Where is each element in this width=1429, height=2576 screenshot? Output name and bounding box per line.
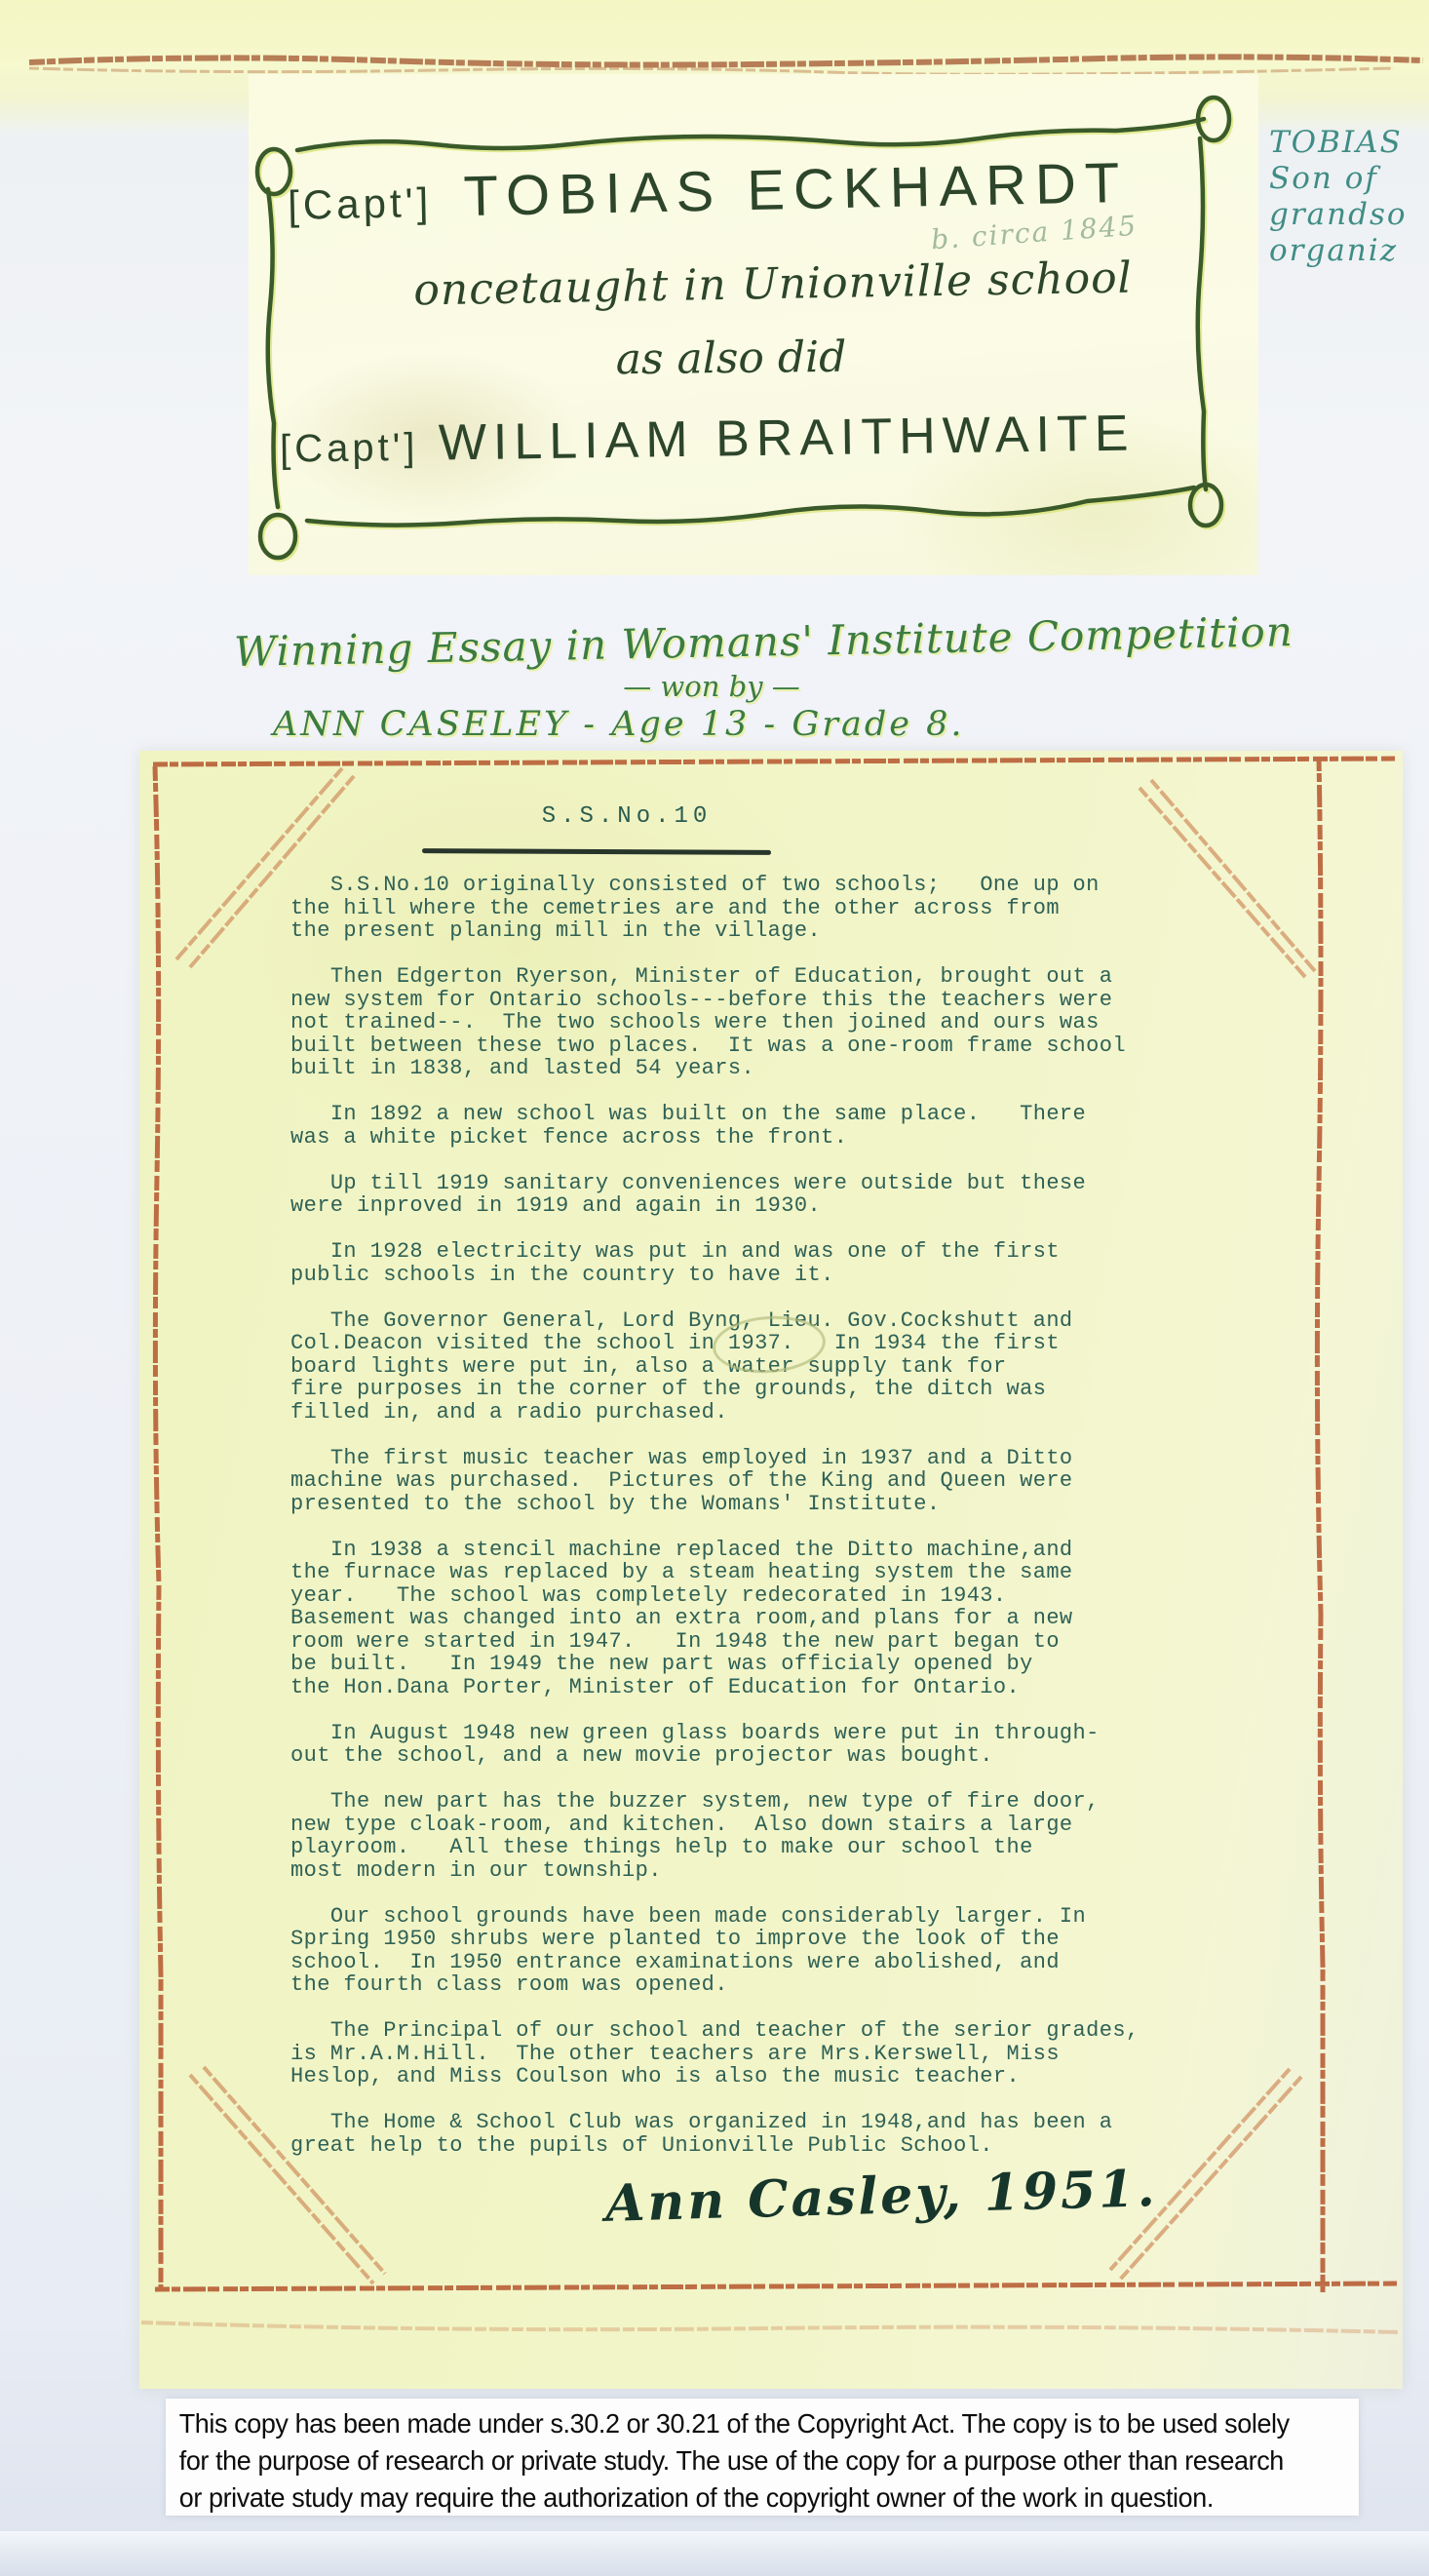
essay-title: S.S.No.10 bbox=[432, 803, 822, 830]
essay-paragraph: In 1892 a new school was built on the sa… bbox=[290, 1103, 1202, 1149]
margin-note-line: organiz bbox=[1269, 233, 1429, 269]
essay-header-won-by: — won by — bbox=[370, 670, 1053, 703]
essay-paragraph: In 1938 a stencil machine replaced the D… bbox=[290, 1539, 1202, 1699]
essay-paragraph: Up till 1919 sanitary conveniences were … bbox=[290, 1172, 1202, 1218]
william-braithwaite-name: WILLIAM BRAITHWAITE bbox=[438, 406, 1135, 472]
typed-essay-body: S.S.No.10 originally consisted of two sc… bbox=[290, 874, 1202, 2180]
essay-paragraph: In August 1948 new green glass boards we… bbox=[290, 1722, 1202, 1768]
essay-paragraph: Then Edgerton Ryerson, Minister of Educa… bbox=[290, 965, 1202, 1080]
hand-drawn-frame bbox=[249, 74, 1258, 575]
margin-note-line: TOBIAS bbox=[1269, 125, 1429, 161]
capt-bracket-prefix: [Capt'] bbox=[280, 426, 419, 471]
margin-note-line: Son of bbox=[1269, 161, 1429, 197]
essay-paragraph: The new part has the buzzer system, new … bbox=[290, 1790, 1202, 1882]
capt-bracket-prefix: [Capt'] bbox=[288, 179, 433, 228]
margin-note-line: grandso bbox=[1269, 197, 1429, 233]
title-line-as-also-did: as also did bbox=[526, 332, 937, 385]
essay-paragraph: The first music teacher was employed in … bbox=[290, 1447, 1202, 1516]
essay-paragraph: The Principal of our school and teacher … bbox=[290, 2019, 1202, 2088]
essay-header-title: Winning Essay in Womans' Institute Compe… bbox=[234, 608, 1249, 676]
essay-paragraph: The Home & School Club was organized in … bbox=[290, 2111, 1202, 2157]
essay-paragraph: Our school grounds have been made consid… bbox=[290, 1905, 1202, 1997]
copyright-lines: This copy has been made under s.30.2 or … bbox=[166, 2405, 1359, 2517]
copyright-line: This copy has been made under s.30.2 or … bbox=[166, 2405, 1335, 2442]
scan-bottom-strip bbox=[0, 2531, 1429, 2576]
copyright-line: or private study may require the authori… bbox=[166, 2479, 1335, 2517]
copyright-line: for the purpose of research or private s… bbox=[166, 2442, 1335, 2479]
copyright-notice: This copy has been made under s.30.2 or … bbox=[166, 2399, 1359, 2516]
essay-paragraph: S.S.No.10 originally consisted of two sc… bbox=[290, 874, 1202, 943]
essay-header-author: ANN CASELEY - Age 13 - Grade 8. bbox=[273, 705, 1248, 744]
title-card: [Capt'] TOBIAS ECKHARDT b. circa 1845 on… bbox=[249, 74, 1258, 575]
essay-page: S.S.No.10 S.S.No.10 originally consisted… bbox=[139, 751, 1403, 2389]
margin-note: TOBIASSon ofgrandsoorganiz bbox=[1269, 125, 1429, 269]
essay-header: Winning Essay in Womans' Institute Compe… bbox=[234, 618, 1248, 744]
essay-paragraph: In 1928 electricity was put in and was o… bbox=[290, 1240, 1202, 1286]
scanned-document: [Capt'] TOBIAS ECKHARDT b. circa 1845 on… bbox=[0, 0, 1429, 2576]
